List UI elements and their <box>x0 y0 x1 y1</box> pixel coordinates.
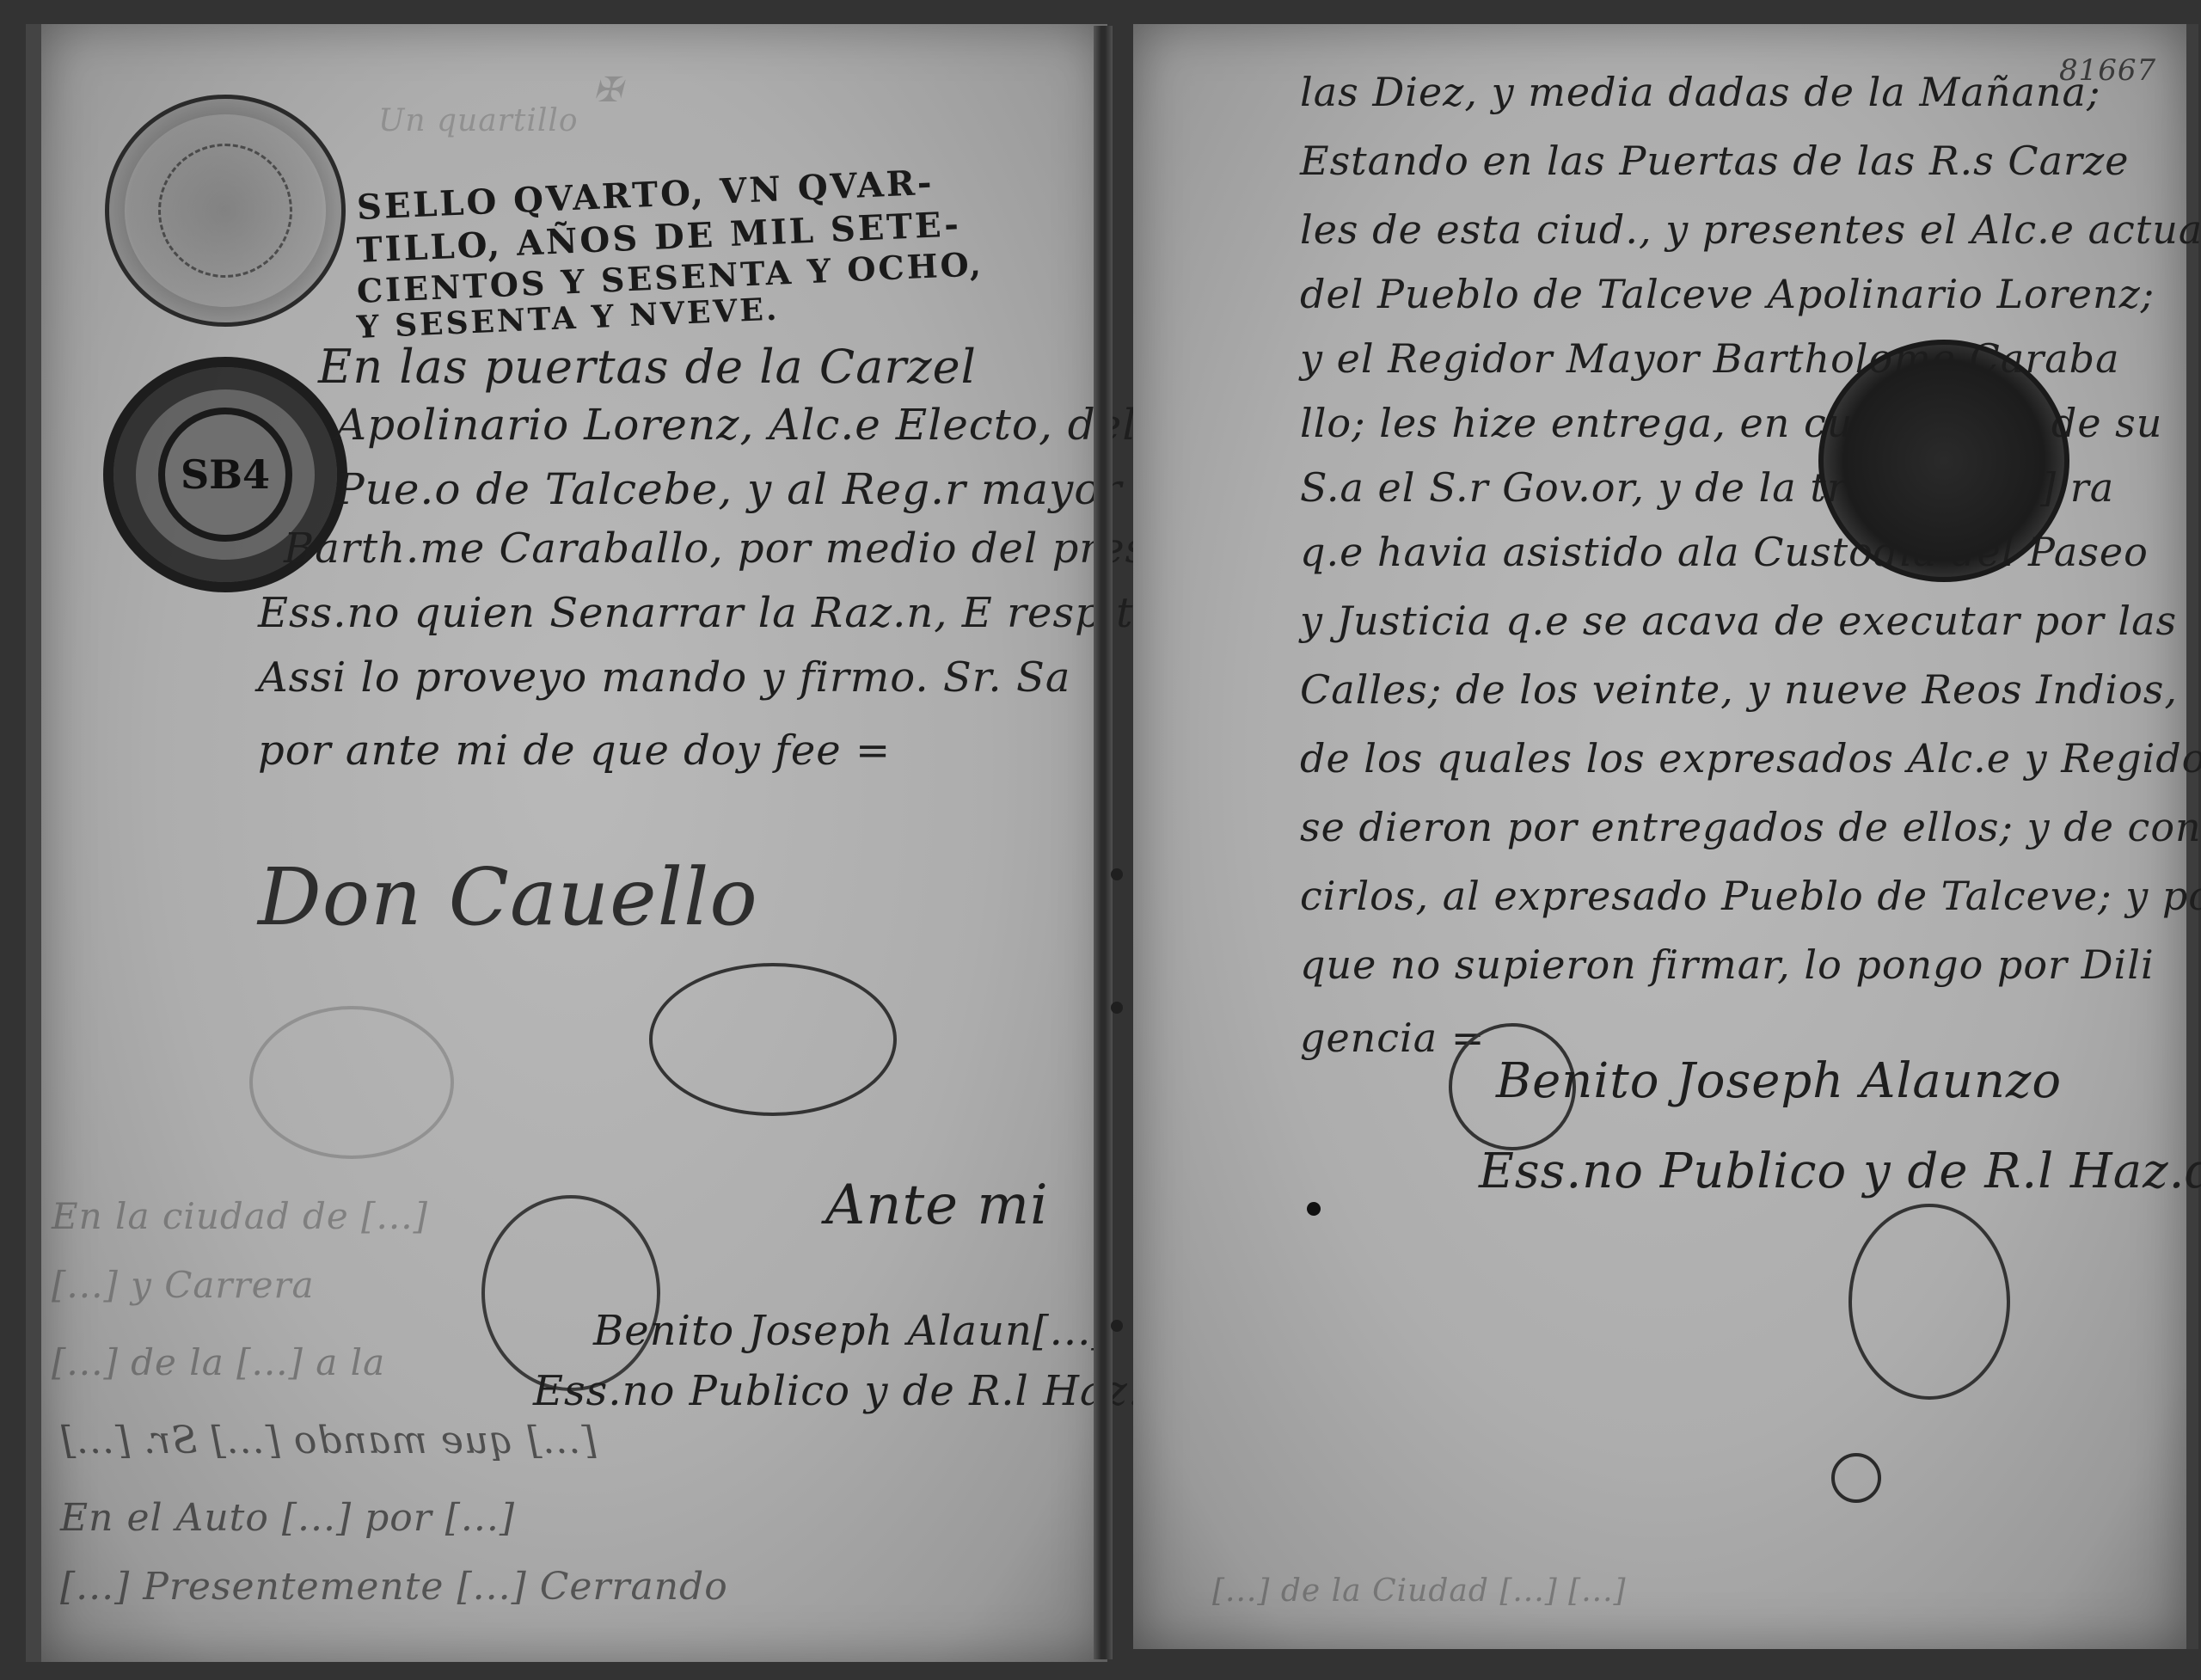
right-body-line-14: que no supieron firmar, lo pongo por Dil… <box>1300 941 2155 988</box>
right-body-line-10: Calles; de los veinte, y nueve Reos Indi… <box>1300 666 2178 713</box>
right-body-line-1: las Diez, y media dadas de la Mañana; <box>1300 69 2100 115</box>
left-body-line-5: Ess.no quien Senarrar la Raz.n, E resp.t… <box>258 589 1159 637</box>
faint-lower-line-6: [...] Presentemente [...] Cerrando <box>60 1565 728 1609</box>
left-body-line-7: por ante mi de que doy fee = <box>258 727 891 775</box>
right-signature-line-1: Benito Joseph Alaunzo <box>1496 1053 2062 1109</box>
right-body-line-9: y Justicia q.e se acava de executar por … <box>1300 598 2177 644</box>
faint-lower-line-3: [...] de la [...] a la <box>52 1341 385 1383</box>
seal-stamp-inner-ring-icon <box>158 144 292 278</box>
small-flourish-icon <box>1831 1453 1881 1503</box>
bleed-flourish-icon <box>249 1006 454 1159</box>
faint-lower-line-1: En la ciudad de [...] <box>52 1195 428 1237</box>
left-body-line-1: En las puertas de la Carzel <box>318 340 977 394</box>
right-seal-stamp <box>1818 340 2069 582</box>
right-body-line-12: se dieron por entregados de ellos; y de … <box>1300 804 2201 850</box>
right-body-line-2: Estando en las Puertas de las R.s Carze <box>1300 138 2129 184</box>
faint-bottom-bleed: [...] de la Ciudad [...] [...] <box>1212 1573 1627 1609</box>
right-body-line-11: de los quales los expresados Alc.e y Reg… <box>1300 735 2201 782</box>
right-paraph-flourish-icon <box>1848 1204 2010 1400</box>
right-signature-line-2: Ess.no Publico y de R.l Haz.da <box>1479 1144 2201 1199</box>
right-body-line-4: del Pueblo de Talceve Apolinario Lorenz; <box>1300 271 2155 317</box>
signature-don-cauello: Don Cauello <box>258 851 758 943</box>
seal-stamp <box>105 95 346 327</box>
signature-notary-line-1: Benito Joseph Alaun[...] <box>593 1307 1108 1355</box>
binding-stitch-icon <box>1111 1002 1123 1014</box>
signature-ante-mi: Ante mi <box>825 1174 1049 1237</box>
ink-dot <box>1307 1202 1321 1216</box>
book-binding-gutter <box>1094 26 1113 1659</box>
left-body-line-4: Barth.me Caraballo, por medio del pres.t… <box>284 524 1204 573</box>
faint-lower-line-2: [...] y Carrera <box>52 1264 315 1306</box>
binding-stitch-icon <box>1111 1320 1123 1332</box>
header-cross-mark: ✠ <box>593 71 623 110</box>
right-body-line-3: les de esta ciud., y presentes el Alc.e … <box>1300 206 2201 253</box>
signature-flourish-icon <box>649 963 897 1116</box>
binding-stitch-icon <box>1111 868 1123 880</box>
faint-bleed-line: Un quartillo <box>378 103 579 138</box>
left-body-line-6: Assi lo proveyo mando y firmo. Sr. Sa <box>258 653 1070 702</box>
tax-stamp-value: SB4 <box>158 408 292 542</box>
right-body-line-13: cirlos, al expresado Pueblo de Talceve; … <box>1300 873 2201 919</box>
faint-lower-line-4: [...] que mando [...] Sr. [...] <box>60 1419 597 1462</box>
paraph-flourish-icon <box>481 1195 660 1391</box>
left-body-line-2: Apolinario Lorenz, Alc.e Electo, del <box>335 400 1137 450</box>
faint-lower-line-5: En el Auto [...] por [...] <box>60 1496 515 1540</box>
left-body-line-3: Pue.o de Talcebe, y al Reg.r mayor <box>335 464 1122 514</box>
